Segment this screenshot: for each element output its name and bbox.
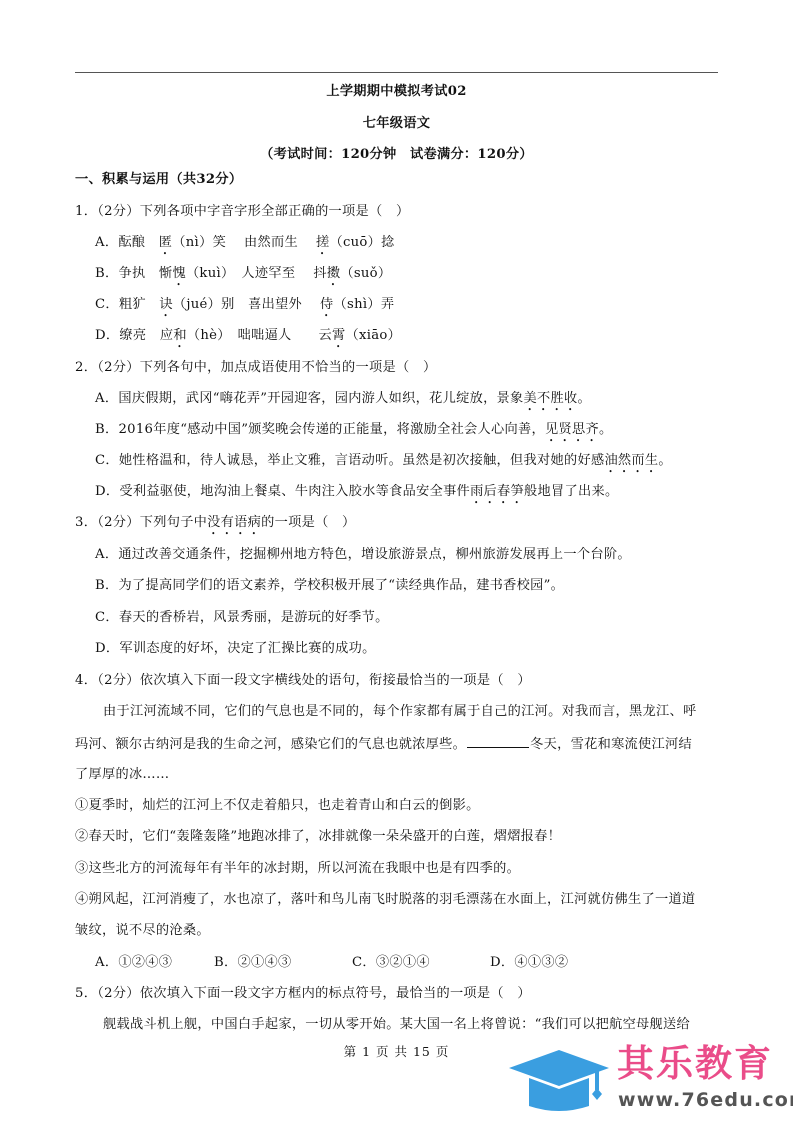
question-3-stem: 3．（2分）下列句子中没有语病的一项是（ ） xyxy=(75,514,356,538)
question-1-stem: 1．（2分）下列各项中字音字形全部正确的一项是（ ） xyxy=(75,203,409,221)
watermark-logo: 其乐教育 www.76edu.com xyxy=(505,1040,793,1122)
q1-option-c: C．粗犷 诀（jué）别 喜出望外 侍（shì）弄 xyxy=(95,296,394,320)
q1-option-a: A．酝酿 匿（nì）笑 由然而生 搓（cuō）捻 xyxy=(95,234,395,258)
q4-passage-line-1: 由于江河流域不同，它们的气息也是不同的，每个作家都有属于自己的江河。对我而言，黑… xyxy=(103,703,696,721)
q4-sentence-4: ④朔风起，江河消瘦了，水也凉了，落叶和鸟儿南飞时脱落的羽毛漂荡在水面上，江河就仿… xyxy=(75,891,695,909)
q3-option-a: A．通过改善交通条件，挖掘柳州地方特色，增设旅游景点，柳州旅游发展再上一个台阶。 xyxy=(95,546,631,564)
q1-option-b: B．争执 惭愧（kuì） 人迹罕至 抖擞（suǒ） xyxy=(95,265,391,289)
q4-option-b: B．②①④③ xyxy=(214,954,291,972)
q4-passage-line-3: 了厚厚的冰…… xyxy=(75,766,169,784)
exam-page: 上学期期中模拟考试02 七年级语文 （考试时间：120分钟 试卷满分：120分）… xyxy=(0,0,793,1122)
q4-option-d: D．④①③② xyxy=(490,954,568,972)
q4-sentence-4-cont: 皱纹，说不尽的沧桑。 xyxy=(75,922,210,940)
q4-sentence-1: ①夏季时，灿烂的江河上不仅走着船只，也走着青山和白云的倒影。 xyxy=(75,797,480,815)
q3-option-c: C．春天的香桥岩，风景秀丽，是游玩的好季节。 xyxy=(95,609,389,627)
q1-option-d: D．缭亮 应和（hè） 咄咄逼人 云霄（xiāo） xyxy=(95,327,401,351)
q4-sentence-3: ③这些北方的河流每年有半年的冰封期，所以河流在我眼中也是有四季的。 xyxy=(75,860,520,878)
question-4-stem: 4．（2分）依次填入下面一段文字横线处的语句，衔接最恰当的一项是（ ） xyxy=(75,672,531,690)
q4-option-c: C．③②①④ xyxy=(352,954,430,972)
graduation-cap-icon xyxy=(505,1044,617,1114)
watermark-url: www.76edu.com xyxy=(618,1088,793,1112)
q5-passage-line-1: 舰载战斗机上舰，中国白手起家，一切从零开始。某大国一名上将曾说：“我们可以把航空… xyxy=(103,1016,690,1034)
q2-option-d: D．受利益驱使，地沟油上餐桌、牛肉注入胶水等食品安全事件雨后春笋般地冒了出来。 xyxy=(95,483,618,507)
top-rule xyxy=(75,72,718,73)
q2-option-a: A．国庆假期，武冈“嗨花弄”开园迎客，园内游人如织，花儿绽放，景象美不胜收。 xyxy=(95,390,591,414)
question-5-stem: 5．（2分）依次填入下面一段文字方框内的标点符号，最恰当的一项是（ ） xyxy=(75,985,531,1003)
q3-option-d: D．军训态度的好坏，决定了汇操比赛的成功。 xyxy=(95,640,376,658)
exam-title: 上学期期中模拟考试02 xyxy=(0,83,793,101)
q4-option-a: A．①②④③ xyxy=(95,954,172,972)
q4-passage-line-2: 玛河、额尔古纳河是我的生命之河，感染它们的气息也就浓厚些。冬天，雪花和寒流使江河… xyxy=(75,735,692,754)
exam-subtitle: 七年级语文 xyxy=(0,115,793,133)
q2-option-b: B．2016年度“感动中国”颁奖晚会传递的正能量，将激励全社会人心向善，见贤思齐… xyxy=(95,421,612,445)
question-2-stem: 2．（2分）下列各句中，加点成语使用不恰当的一项是（ ） xyxy=(75,359,436,377)
section-heading: 一、积累与运用（共32分） xyxy=(75,171,242,189)
watermark-brand: 其乐教育 xyxy=(617,1042,773,1086)
fill-in-blank xyxy=(467,735,529,748)
exam-info: （考试时间：120分钟 试卷满分：120分） xyxy=(0,146,793,164)
q3-option-b: B．为了提高同学们的语文素养，学校积极开展了“读经典作品，建书香校园”。 xyxy=(95,577,564,595)
q4-sentence-2: ②春天时，它们“轰隆轰隆”地跑冰排了，冰排就像一朵朵盛开的白莲，熠熠报春！ xyxy=(75,828,561,846)
q2-option-c: C．她性格温和，待人诚恳，举止文雅，言语动听。虽然是初次接触，但我对她的好感油然… xyxy=(95,452,672,476)
